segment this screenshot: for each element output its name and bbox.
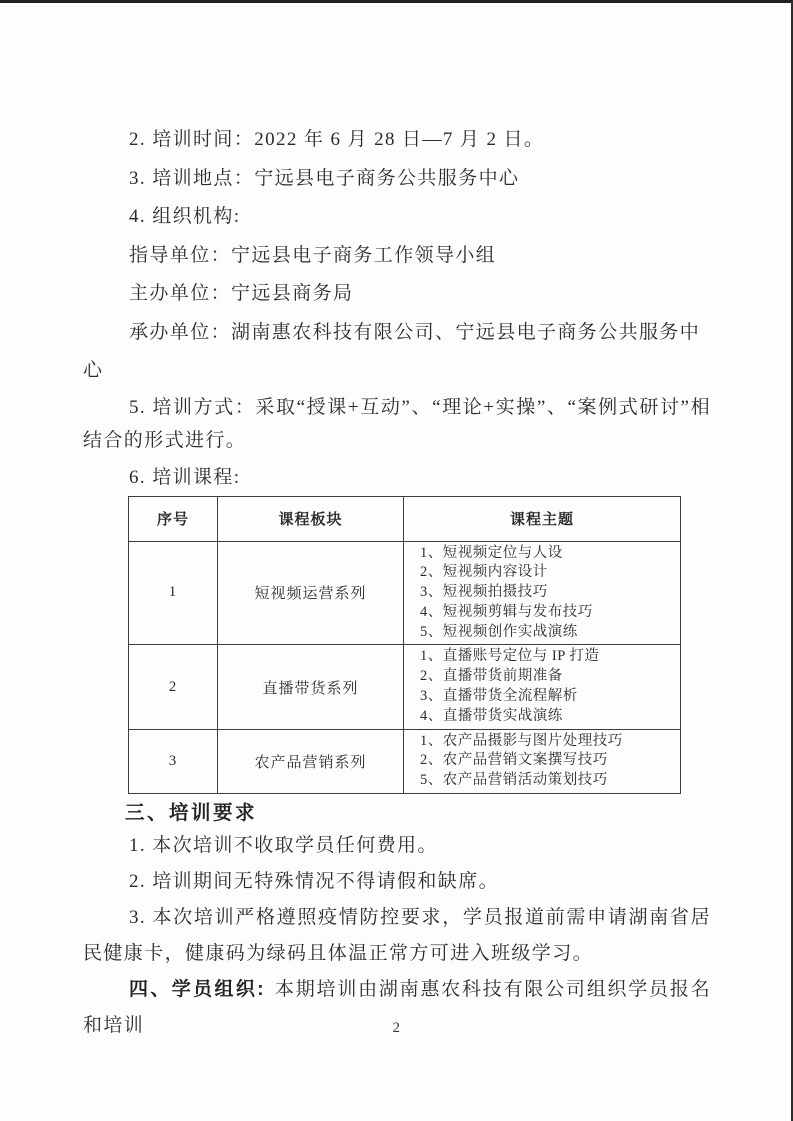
topic-item: 1、短视频定位与人设 (420, 544, 674, 564)
topic-item: 1、农产品摄影与图片处理技巧 (420, 732, 674, 752)
topic-item: 2、短视频内容设计 (420, 563, 674, 583)
column-header-topic: 课程主题 (404, 496, 681, 541)
course-topics: 1、农产品摄影与图片处理技巧 2、农产品营销文案撰写技巧 5、农产品营销活动策划… (404, 729, 681, 793)
topic-item: 3、直播带货全流程解析 (420, 687, 674, 707)
course-topics: 1、直播账号定位与 IP 打造 2、直播带货前期准备 3、直播带货全流程解析 4… (404, 645, 681, 729)
section-heading-training-requirements: 三、培训要求 (83, 798, 711, 828)
document-content: 2. 培训时间：2022 年 6 月 28 日—7 月 2 日。 3. 培训地点… (0, 0, 793, 1044)
line-training-time: 2. 培训时间：2022 年 6 月 28 日—7 月 2 日。 (83, 121, 711, 160)
course-module: 短视频运营系列 (218, 541, 404, 645)
row-number: 3 (129, 729, 218, 793)
table-row: 2 直播带货系列 1、直播账号定位与 IP 打造 2、直播带货前期准备 3、直播… (129, 645, 681, 729)
document-page: 2. 培训时间：2022 年 6 月 28 日—7 月 2 日。 3. 培训地点… (0, 0, 793, 1121)
topic-item: 4、短视频剪辑与发布技巧 (420, 603, 674, 623)
line-requirement-1: 1. 本次培训不收取学员任何费用。 (83, 828, 711, 864)
course-topics: 1、短视频定位与人设 2、短视频内容设计 3、短视频拍摄技巧 4、短视频剪辑与发… (404, 541, 681, 645)
line-training-method: 5. 培训方式：采取“授课+互动”、“理论+实操”、“案例式研讨”相结合的形式进… (83, 391, 711, 457)
line-undertaking-unit: 承办单位：湖南惠农科技有限公司、宁远县电子商务公共服务中心 (83, 314, 711, 391)
course-module: 农产品营销系列 (218, 729, 404, 793)
row-number: 2 (129, 645, 218, 729)
topic-item: 1、直播账号定位与 IP 打造 (420, 647, 674, 667)
topic-item: 4、直播带货实战演练 (420, 707, 674, 727)
topic-item: 5、短视频创作实战演练 (420, 623, 674, 643)
table-row: 3 农产品营销系列 1、农产品摄影与图片处理技巧 2、农产品营销文案撰写技巧 5… (129, 729, 681, 793)
topic-item: 2、直播带货前期准备 (420, 667, 674, 687)
column-header-module: 课程板块 (218, 496, 404, 541)
line-host-unit: 主办单位：宁远县商务局 (83, 275, 711, 314)
line-organization-structure: 4. 组织机构: (83, 198, 711, 237)
line-training-location: 3. 培训地点：宁远县电子商务公共服务中心 (83, 160, 711, 199)
topic-item: 2、农产品营销文案撰写技巧 (420, 751, 674, 771)
table-header-row: 序号 课程板块 课程主题 (129, 496, 681, 541)
page-number: 2 (0, 1020, 793, 1037)
line-guiding-unit: 指导单位：宁远县电子商务工作领导小组 (83, 237, 711, 276)
course-module: 直播带货系列 (218, 645, 404, 729)
section-heading-trainee-organization: 四、学员组织: (129, 979, 266, 1000)
line-training-courses: 6. 培训课程: (83, 461, 711, 494)
topic-item: 5、农产品营销活动策划技巧 (420, 771, 674, 791)
line-requirement-3: 3. 本次培训严格遵照疫情防控要求，学员报道前需申请湖南省居民健康卡，健康码为绿… (83, 900, 711, 972)
column-header-number: 序号 (129, 496, 218, 541)
course-table: 序号 课程板块 课程主题 1 短视频运营系列 1、短视频定位与人设 2、短视频内… (128, 496, 681, 795)
line-requirement-2: 2. 培训期间无特殊情况不得请假和缺席。 (83, 864, 711, 900)
row-number: 1 (129, 541, 218, 645)
topic-item: 3、短视频拍摄技巧 (420, 583, 674, 603)
table-row: 1 短视频运营系列 1、短视频定位与人设 2、短视频内容设计 3、短视频拍摄技巧… (129, 541, 681, 645)
